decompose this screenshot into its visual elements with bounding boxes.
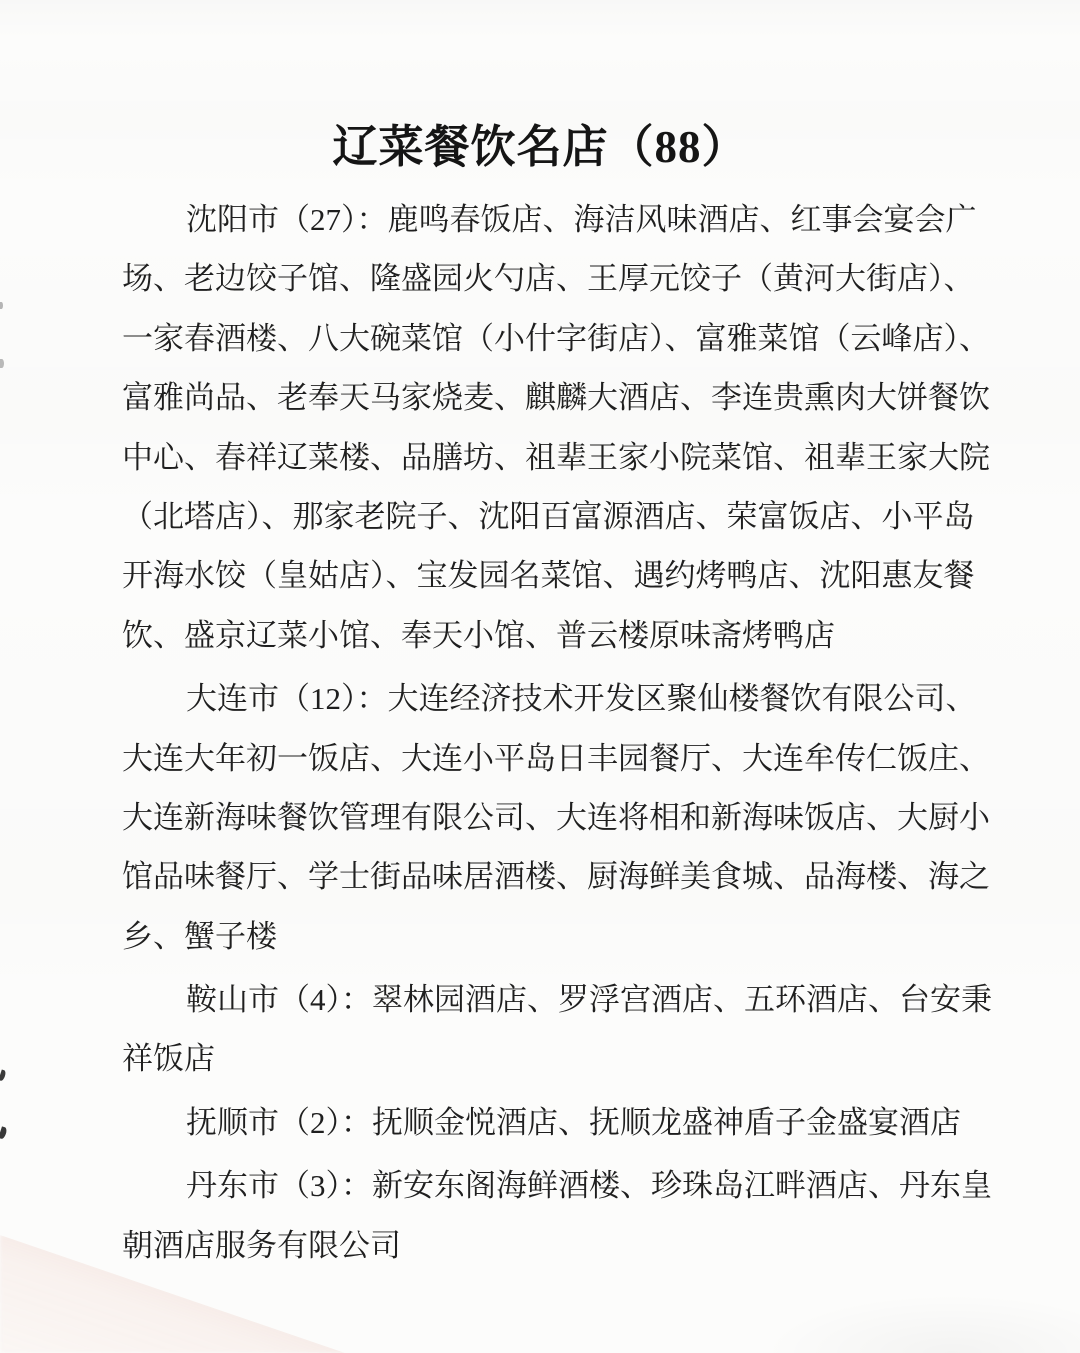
paragraph-dalian: 大连市（12）：大连经济技术开发区聚仙楼餐饮有限公司、 大连大年初一饭店、大连小… [122, 669, 960, 966]
paragraph-fushun: 抚顺市（2）：抚顺金悦酒店、抚顺龙盛神盾子金盛宴酒店 [122, 1093, 960, 1152]
scan-speck [0, 359, 4, 368]
text-line: 富雅尚品、老奉天马家烧麦、麒麟大酒店、李连贵熏肉大饼餐饮 [122, 368, 960, 427]
text-line: 沈阳市（27）：鹿鸣春饭店、海洁风味酒店、红事会宴会广 [122, 190, 960, 249]
scan-speck [0, 302, 3, 309]
text-line: 大连市（12）：大连经济技术开发区聚仙楼餐饮有限公司、 [122, 669, 960, 728]
paragraph-anshan: 鞍山市（4）：翠林园酒店、罗浮宫酒店、五环酒店、台安秉 祥饭店 [122, 970, 960, 1089]
text-line: 大连新海味餐饮管理有限公司、大连将相和新海味饭店、大厨小 [122, 788, 960, 847]
paragraph-shenyang: 沈阳市（27）：鹿鸣春饭店、海洁风味酒店、红事会宴会广 场、老边饺子馆、隆盛园火… [122, 190, 960, 665]
document-body: 沈阳市（27）：鹿鸣春饭店、海洁风味酒店、红事会宴会广 场、老边饺子馆、隆盛园火… [122, 190, 960, 1275]
text-line: 开海水饺（皇姑店）、宝发园名菜馆、遇约烤鸭店、沈阳惠友餐 [122, 546, 960, 605]
text-line: 祥饭店 [122, 1029, 960, 1088]
text-line: 大连大年初一饭店、大连小平岛日丰园餐厅、大连牟传仁饭庄、 [122, 729, 960, 788]
scan-speck [0, 1069, 7, 1081]
text-line: 鞍山市（4）：翠林园酒店、罗浮宫酒店、五环酒店、台安秉 [122, 970, 960, 1029]
text-line: （北塔店）、那家老院子、沈阳百富源酒店、荣富饭店、小平岛 [122, 487, 960, 546]
text-line: 朝酒店服务有限公司 [122, 1216, 960, 1275]
text-line: 场、老边饺子馆、隆盛园火勺店、王厚元饺子（黄河大街店）、 [122, 249, 960, 308]
scanned-document-page: 辽菜餐饮名店（88） 沈阳市（27）：鹿鸣春饭店、海洁风味酒店、红事会宴会广 场… [0, 0, 1080, 1353]
text-line: 丹东市（3）：新安东阁海鲜酒楼、珍珠岛江畔酒店、丹东皇 [122, 1156, 960, 1215]
text-line: 馆品味餐厅、学士街品味居酒楼、厨海鲜美食城、品海楼、海之 [122, 847, 960, 906]
text-line: 中心、春祥辽菜楼、品膳坊、祖辈王家小院菜馆、祖辈王家大院 [122, 428, 960, 487]
paragraph-dandong: 丹东市（3）：新安东阁海鲜酒楼、珍珠岛江畔酒店、丹东皇 朝酒店服务有限公司 [122, 1156, 960, 1275]
text-line: 饮、盛京辽菜小馆、奉天小馆、普云楼原味斋烤鸭店 [122, 606, 960, 665]
document-title: 辽菜餐饮名店（88） [0, 110, 1080, 175]
text-line: 乡、蟹子楼 [122, 907, 960, 966]
text-line: 抚顺市（2）：抚顺金悦酒店、抚顺龙盛神盾子金盛宴酒店 [122, 1093, 960, 1152]
scan-speck [0, 1126, 8, 1139]
text-line: 一家春酒楼、八大碗菜馆（小什字街店）、富雅菜馆（云峰店）、 [122, 309, 960, 368]
scan-smudge [760, 1293, 1080, 1353]
